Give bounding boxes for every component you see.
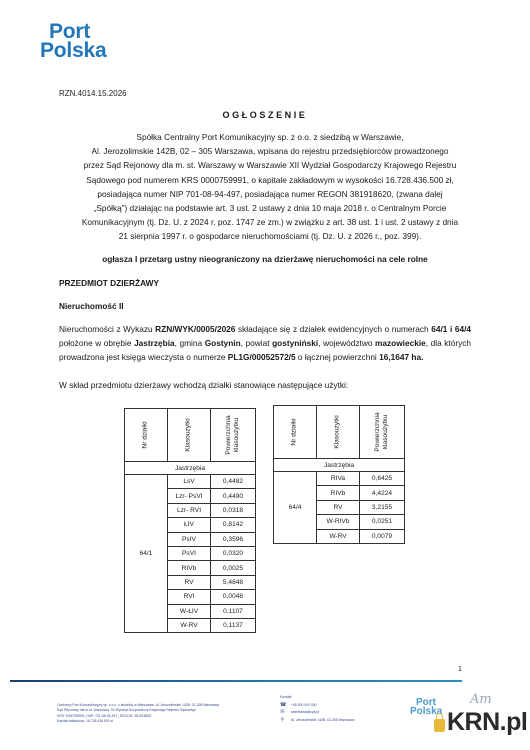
header-parcel-number: Nr działki [274, 406, 317, 459]
land-class-cell: RIVb [168, 561, 211, 575]
commune: Gostynin [205, 338, 241, 348]
document-title: OGŁOSZENIE [0, 110, 530, 120]
land-class-cell: Lzr- PsVI [168, 489, 211, 503]
area-cell: 0,0318 [211, 503, 256, 517]
area-cell: 0,1137 [211, 618, 256, 632]
port-polska-logo: Port Polska [40, 22, 107, 60]
intro-line: przez Sąd Rejonowy dla m. st. Warszawy w… [55, 158, 485, 172]
area-cell: 0,0320 [211, 546, 256, 560]
lock-icon [434, 719, 445, 732]
land-class-cell: LsV [168, 475, 211, 489]
register-number: RZN/WYK/0005/2026 [155, 324, 235, 334]
parcel-numbers: 64/1 i 64/4 [431, 324, 471, 334]
region-row: Jastrzębia [125, 462, 256, 475]
section-heading: PRZEDMIOT DZIERŻAWY [59, 278, 159, 288]
land-class-cell: Lzr- RVI [168, 503, 211, 517]
table-row: 64/4RIVa0,6425 [274, 472, 405, 486]
area-cell: 4,4224 [360, 486, 405, 500]
header-class-area: Powierzchnia klasoużytku [211, 409, 256, 462]
land-class-cell: RIVa [317, 472, 360, 486]
area-cell: 0,0251 [360, 515, 405, 529]
property-heading: Nieruchomość II [59, 301, 124, 311]
mail-icon: ✉ [280, 710, 285, 715]
intro-paragraph: Spółka Centralny Port Komunikacyjny sp. … [55, 130, 485, 244]
location-pin-icon: ⚲ [280, 718, 285, 723]
area-cell: 0,4490 [211, 489, 256, 503]
logo-line-2: Polska [40, 41, 107, 60]
intro-line: posiadająca numer NIP 701-08-94-497, pos… [55, 187, 485, 201]
land-class-cell: ŁIV [168, 518, 211, 532]
page-number: 1 [458, 666, 462, 673]
land-register-number: PL1G/00052572/5 [228, 352, 296, 362]
county: gostyniński [272, 338, 318, 348]
parcel-number-cell: 64/4 [274, 472, 317, 544]
area-cell: 0,0079 [360, 529, 405, 543]
land-class-cell: W-RIVb [317, 515, 360, 529]
contact-phone: +48 000 000 000 [291, 702, 317, 710]
property-description: Nieruchomości z Wykazu RZN/WYK/0005/2026… [59, 322, 471, 365]
intro-line: Komunikacyjnym (tj. Dz. U. z 2024 r. poz… [55, 215, 485, 229]
tables-intro: W skład przedmiotu dzierżawy wchodzą dzi… [59, 380, 348, 390]
footer-contact: Kontakt ☎+48 000 000 000 ✉sekretariat@cp… [280, 694, 354, 724]
text: Nieruchomości z Wykazu [59, 324, 155, 334]
intro-line: Sądowego pod numerem KRS 0000759991, o k… [55, 173, 485, 187]
intro-line: Spółka Centralny Port Komunikacyjny sp. … [55, 130, 485, 144]
voivodeship: mazowieckie [375, 338, 426, 348]
contact-email: sekretariat@cpk.pl [291, 709, 319, 717]
area-cell: 5,4848 [211, 575, 256, 589]
parcel-number-cell: 64/1 [125, 475, 168, 633]
header-class-area: Powierzchnia klasoużytku [360, 406, 405, 459]
region-row: Jastrzębia [274, 459, 405, 472]
area-cell: 0,8142 [211, 518, 256, 532]
table-row: 64/1LsV0,4482 [125, 475, 256, 489]
contact-label: Kontakt [280, 694, 354, 702]
watermark-text: KRN.pl [447, 708, 527, 736]
text: składające się z działek ewidencyjnych o… [235, 324, 431, 334]
area-cell: 0,3596 [211, 532, 256, 546]
text: , województwo [318, 338, 375, 348]
footer-company-info: Centralny Port Komunikacyjny sp. z o.o. … [57, 703, 257, 724]
area-cell: 0,4482 [211, 475, 256, 489]
land-use-table-64-1: Nr działki Klasoużytki Powierzchnia klas… [124, 408, 256, 633]
area-cell: 3,2155 [360, 500, 405, 514]
phone-icon: ☎ [280, 703, 285, 708]
intro-line: Al. Jerozolimskie 142B, 02 – 305 Warszaw… [55, 144, 485, 158]
header-land-class: Klasoużytki [317, 406, 360, 459]
footer-divider [10, 680, 462, 682]
text: o łącznej powierzchni [296, 352, 379, 362]
text: , gmina [175, 338, 205, 348]
reference-number: RZN.4014.15.2026 [59, 89, 127, 98]
krn-watermark: KRN.pl [434, 708, 527, 737]
header-parcel-number: Nr działki [125, 409, 168, 462]
land-class-cell: PsVI [168, 546, 211, 560]
intro-line: „Spółką”) działając na podstawie art. 3 … [55, 201, 485, 215]
signature: Am [470, 692, 492, 707]
contact-address: Al. Jerozolimskie 142B, 02-305 Warszawa [291, 717, 354, 725]
land-class-cell: RV [168, 575, 211, 589]
land-class-cell: RV [317, 500, 360, 514]
land-class-cell: W-RV [317, 529, 360, 543]
total-area: 16,1647 ha. [379, 352, 423, 362]
company-info-line: Kapitał zakładowy: 16.728.436.500 zł [57, 719, 257, 724]
area-cell: 0,0048 [211, 590, 256, 604]
area-cell: 0,1107 [211, 604, 256, 618]
header-land-class: Klasoużytki [168, 409, 211, 462]
land-class-cell: PsIV [168, 532, 211, 546]
area-cell: 0,6425 [360, 472, 405, 486]
text: , powiat [241, 338, 272, 348]
intro-line: 21 sierpnia 1997 r. o gospodarce nieruch… [55, 229, 485, 243]
land-class-cell: W-ŁIV [168, 604, 211, 618]
land-use-table-64-4: Nr działki Klasoużytki Powierzchnia klas… [273, 405, 405, 544]
land-class-cell: W-RV [168, 618, 211, 632]
announcement: ogłasza I przetarg ustny nieograniczony … [0, 254, 530, 264]
land-class-cell: RIVb [317, 486, 360, 500]
area-cell: 0,0025 [211, 561, 256, 575]
precinct: Jastrzębia [134, 338, 175, 348]
text: położone w obrębie [59, 338, 134, 348]
land-class-cell: RVI [168, 590, 211, 604]
